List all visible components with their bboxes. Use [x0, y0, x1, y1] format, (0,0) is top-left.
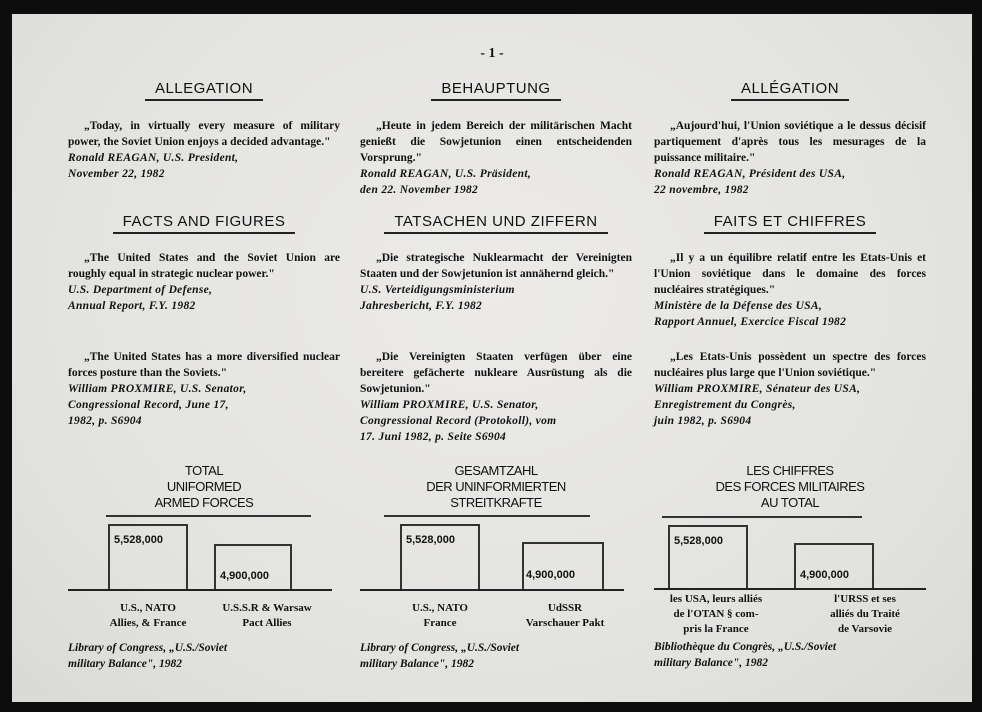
category-label-1: les USA, leurs alliés de l'OTAN § com- p… — [654, 592, 778, 637]
bar-ussr-value: 4,900,000 — [220, 570, 269, 582]
category-label-1: U.S., NATO Allies, & France — [88, 601, 208, 631]
bar-us-nato-value: 5,528,000 — [674, 535, 723, 547]
fact-quote-2: „Die Vereinigten Staaten verfügen über e… — [360, 349, 632, 445]
bar-ussr-value: 4,900,000 — [800, 569, 849, 581]
chart-baseline — [654, 588, 926, 590]
bar-us-nato-value: 5,528,000 — [114, 534, 163, 546]
allegation-quote: „Aujourd'hui, l'Union soviétique a le de… — [654, 118, 926, 198]
chart-title: GESAMTZAHL DER UNINFORMIERTEN STREITKRAF… — [360, 463, 632, 511]
bar-us-nato-value: 5,528,000 — [406, 534, 455, 546]
chart-title: LES CHIFFRES DES FORCES MILITAIRES AU TO… — [654, 463, 926, 511]
bar-ussr — [214, 544, 292, 590]
fact-quote-1: „Die strategische Nuklearmacht der Verei… — [360, 250, 632, 314]
facts-heading: TATSACHEN UND ZIFFERN — [360, 213, 632, 234]
chart-source: Library of Congress, „U.S./Soviet milita… — [360, 640, 632, 672]
fact-quote-2: „The United States has a more diversifie… — [68, 349, 340, 429]
category-label-2: U.S.S.R & Warsaw Pact Allies — [202, 601, 332, 631]
chart-rule — [384, 515, 590, 517]
page-number: - 1 - — [12, 46, 972, 62]
fact-quote-1: „The United States and the Soviet Union … — [68, 250, 340, 314]
fact-quote-2: „Les Etats-Unis possèdent un spectre des… — [654, 349, 926, 429]
allegation-heading: ALLEGATION — [68, 80, 340, 101]
facts-heading: FACTS AND FIGURES — [68, 213, 340, 234]
allegation-heading: BEHAUPTUNG — [360, 80, 632, 101]
chart-rule — [106, 515, 311, 517]
allegation-heading: ALLÉGATION — [654, 80, 926, 101]
chart-baseline — [68, 589, 332, 591]
allegation-quote: „Heute in jedem Bereich der militärische… — [360, 118, 632, 198]
chart-rule — [662, 516, 862, 518]
allegation-quote: „Today, in virtually every measure of mi… — [68, 118, 340, 182]
chart-title: TOTAL UNIFORMED ARMED FORCES — [68, 463, 340, 511]
bar-ussr — [794, 543, 874, 589]
fact-quote-1: „Il y a un équilibre relatif entre les E… — [654, 250, 926, 330]
bar-ussr-value: 4,900,000 — [526, 569, 575, 581]
chart-source: Bibliothèque du Congrès, „U.S./Soviet mi… — [654, 639, 926, 671]
document-page: - 1 - ALLEGATION „Today, in virtually ev… — [12, 14, 972, 702]
facts-heading: FAITS ET CHIFFRES — [654, 213, 926, 234]
category-label-2: l'URSS et ses alliés du Traité de Varsov… — [804, 592, 926, 637]
chart-source: Library of Congress, „U.S./Soviet milita… — [68, 640, 340, 672]
category-label-2: UdSSR Varschauer Pakt — [500, 601, 630, 631]
bar-ussr — [522, 542, 604, 590]
chart-baseline — [360, 589, 624, 591]
category-label-1: U.S., NATO France — [380, 601, 500, 631]
